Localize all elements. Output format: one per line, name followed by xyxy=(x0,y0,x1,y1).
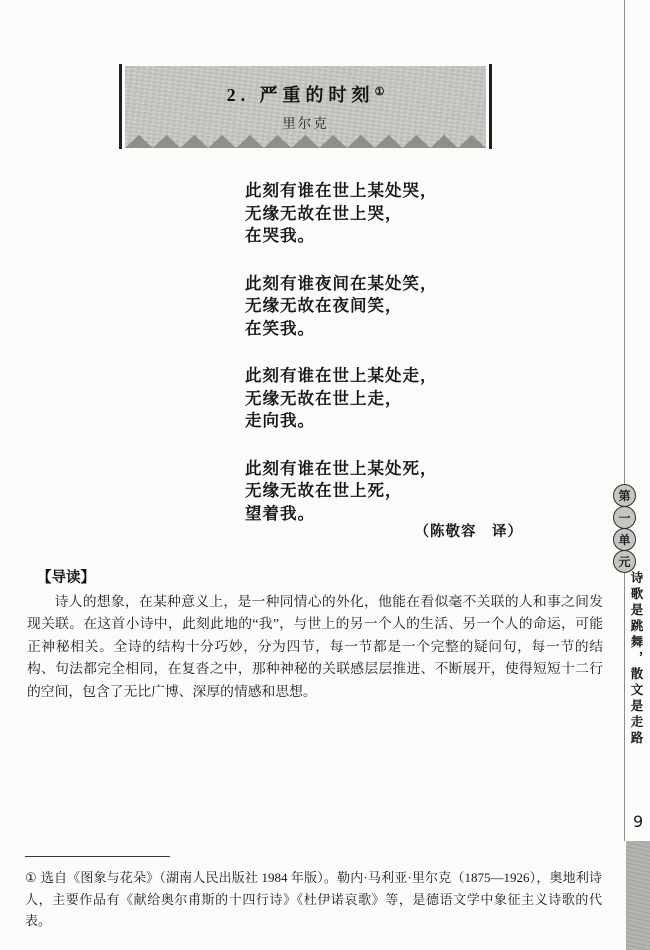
corner-gray-block xyxy=(626,841,650,950)
lesson-banner: 2. 严重的时刻① 里尔克 xyxy=(119,64,492,149)
poem-line: 无缘无故在世上哭， xyxy=(245,203,438,226)
guide-label: 【导读】 xyxy=(37,566,603,587)
lesson-title: 2. 严重的时刻① xyxy=(125,66,486,107)
poem-line: 无缘无故在世上走， xyxy=(245,388,438,411)
footnote: ①选自《图象与花朵》（湖南人民出版社 1984 年版）。勒内·马利亚·里尔克（1… xyxy=(25,867,602,932)
poem: 此刻有谁在世上某处哭， 无缘无故在世上哭， 在哭我。 此刻有谁夜间在某处笑， 无… xyxy=(245,180,438,550)
unit-badges: 第 一 单 元 xyxy=(613,484,637,572)
lesson-title-text: 严重的时刻 xyxy=(260,85,375,105)
poem-line: 走向我。 xyxy=(245,410,438,433)
poem-line: 此刻有谁在世上某处哭， xyxy=(245,180,438,203)
sidebar-rule xyxy=(624,0,625,841)
poem-line: 无缘无故在夜间笑， xyxy=(245,295,438,318)
footnote-text: 选自《图象与花朵》（湖南人民出版社 1984 年版）。勒内·马利亚·里尔克（18… xyxy=(25,870,602,928)
poem-stanza-2: 此刻有谁夜间在某处笑， 无缘无故在夜间笑， 在笑我。 xyxy=(245,273,438,341)
translator-credit: （陈敬容 译） xyxy=(415,520,524,541)
banner-left-bar xyxy=(119,64,122,149)
textbook-page: { "header": { "lesson_number": "2.", "ti… xyxy=(0,0,650,950)
lesson-author: 里尔克 xyxy=(125,112,486,132)
title-footnote-ref: ① xyxy=(375,86,385,98)
unit-badge-char: 一 xyxy=(613,506,636,529)
footnote-marker: ① xyxy=(25,870,41,885)
unit-badge-char: 第 xyxy=(613,484,636,507)
poem-line: 无缘无故在世上死， xyxy=(245,480,438,503)
banner-right-bar xyxy=(489,64,492,149)
poem-line: 此刻有谁在世上某处走， xyxy=(245,365,438,388)
poem-line: 此刻有谁在世上某处死， xyxy=(245,458,438,481)
unit-motto-vertical: 诗歌是跳舞，散文是走路 xyxy=(627,571,645,747)
poem-stanza-3: 此刻有谁在世上某处走， 无缘无故在世上走， 走向我。 xyxy=(245,365,438,433)
poem-line: 此刻有谁夜间在某处笑， xyxy=(245,273,438,296)
banner-panel: 2. 严重的时刻① 里尔克 xyxy=(125,66,486,148)
zigzag-border xyxy=(125,135,486,148)
poem-line: 望着我。 xyxy=(245,503,438,526)
page-number: 9 xyxy=(633,812,643,831)
guide-section: 【导读】 诗人的想象，在某种意义上，是一种同情心的外化，他能在看似毫不关联的人和… xyxy=(27,566,603,703)
poem-stanza-1: 此刻有谁在世上某处哭， 无缘无故在世上哭， 在哭我。 xyxy=(245,180,438,248)
guide-body: 诗人的想象，在某种意义上，是一种同情心的外化，他能在看似毫不关联的人和事之间发现… xyxy=(27,591,603,703)
poem-line: 在笑我。 xyxy=(245,318,438,341)
lesson-number: 2. xyxy=(227,85,251,105)
unit-badge-char: 元 xyxy=(613,550,636,573)
poem-stanza-4: 此刻有谁在世上某处死， 无缘无故在世上死， 望着我。 xyxy=(245,458,438,526)
unit-badge-char: 单 xyxy=(613,528,636,551)
poem-line: 在哭我。 xyxy=(245,225,438,248)
footnote-divider xyxy=(25,856,170,857)
